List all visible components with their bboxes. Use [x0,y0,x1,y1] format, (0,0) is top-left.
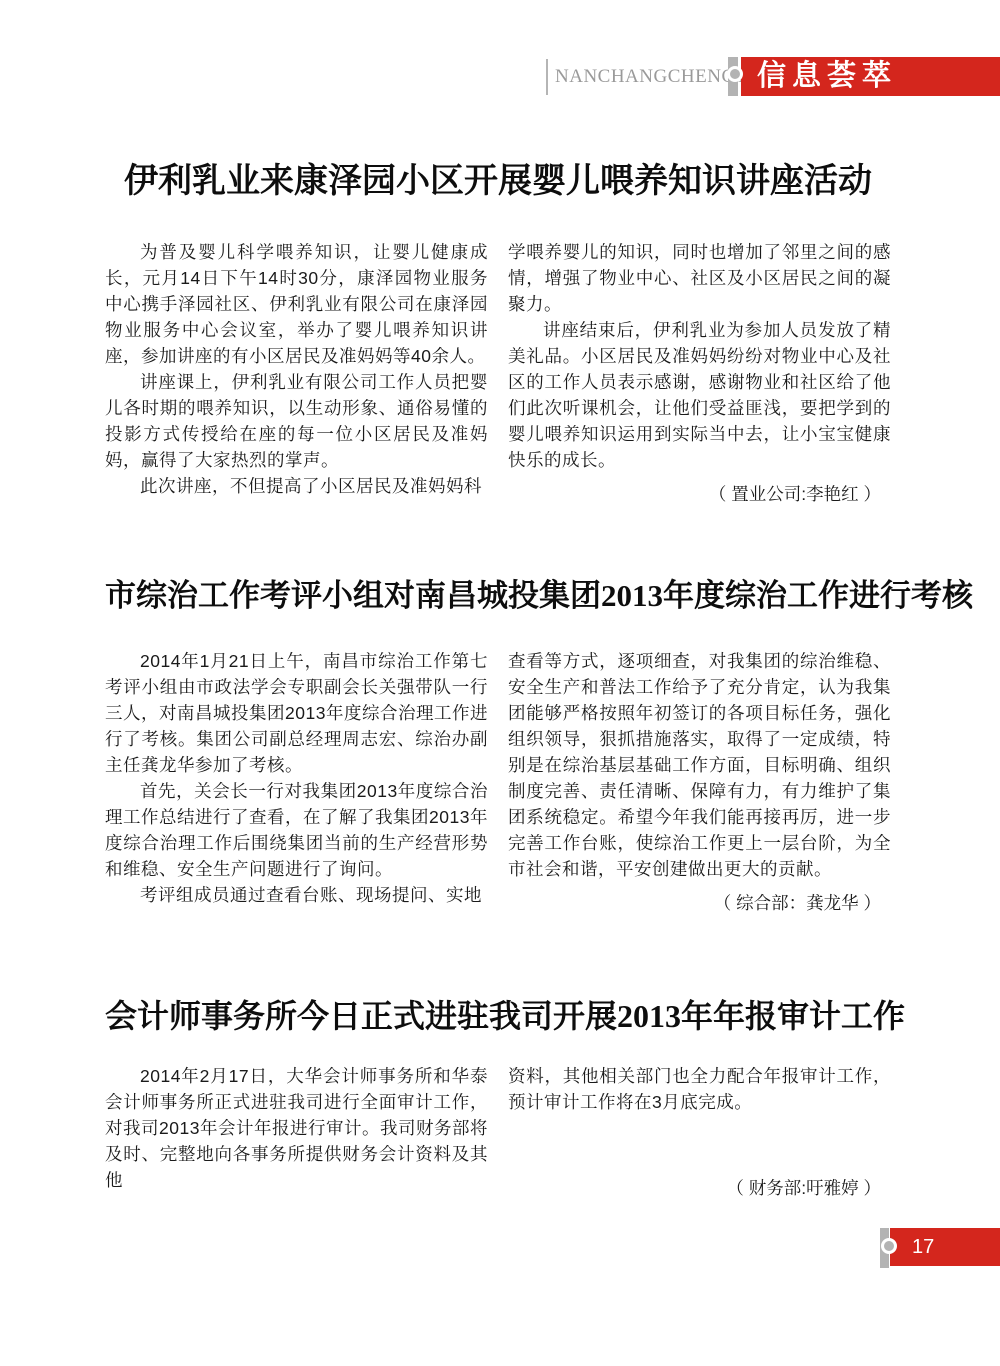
paragraph: 考评组成员通过查看台账、现场提问、实地 [105,882,488,908]
article-byline: （ 置业公司:李艳红 ） [508,481,891,507]
paragraph-continuation: 资料，其他相关部门也全力配合年报审计工作，预计审计工作将在3月底完成。 [508,1063,891,1115]
paragraph: 讲座结束后，伊利乳业为参加人员发放了精美礼品。小区居民及准妈妈纷纷对物业中心及社… [508,317,891,473]
article-byline: （ 财务部:吁雅婷 ） [508,1175,891,1201]
paragraph: 2014年2月17日，大华会计师事务所和华泰会计师事务所正式进驻我司进行全面审计… [105,1063,488,1193]
article-title: 会计师事务所今日正式进驻我司开展2013年年报审计工作 [105,994,891,1039]
header-divider-circle-icon [727,66,743,82]
article-column-right: 资料，其他相关部门也全力配合年报审计工作，预计审计工作将在3月底完成。 （ 财务… [508,1063,891,1201]
article-ili-lecture: 伊利乳业来康泽园小区开展婴儿喂养知识讲座活动 为普及婴儿科学喂养知识，让婴儿健康… [105,158,891,507]
paragraph: 为普及婴儿科学喂养知识，让婴儿健康成长，元月14日下午14时30分，康泽园物业服… [105,239,488,369]
paragraph: 首先，关会长一行对我集团2013年度综合治理工作总结进行了查看，在了解了我集团2… [105,778,488,882]
article-columns: 为普及婴儿科学喂养知识，让婴儿健康成长，元月14日下午14时30分，康泽园物业服… [105,239,891,507]
paragraph: 此次讲座，不但提高了小区居民及准妈妈科 [105,473,488,499]
article-title: 伊利乳业来康泽园小区开展婴儿喂养知识讲座活动 [105,158,891,206]
article-columns: 2014年1月21日上午，南昌市综治工作第七考评小组由市政法学会专职副会长关强带… [105,648,891,916]
article-column-left: 为普及婴儿科学喂养知识，让婴儿健康成长，元月14日下午14时30分，康泽园物业服… [105,239,488,507]
article-audit-start: 会计师事务所今日正式进驻我司开展2013年年报审计工作 2014年2月17日，大… [105,994,891,1201]
article-zongzhi-assessment: 市综治工作考评小组对南昌城投集团2013年度综治工作进行考核 2014年1月21… [105,574,891,916]
article-byline: （ 综合部：龚龙华 ） [508,890,891,916]
article-columns: 2014年2月17日，大华会计师事务所和华泰会计师事务所正式进驻我司进行全面审计… [105,1063,891,1201]
article-column-left: 2014年1月21日上午，南昌市综治工作第七考评小组由市政法学会专职副会长关强带… [105,648,488,916]
article-column-left: 2014年2月17日，大华会计师事务所和华泰会计师事务所正式进驻我司进行全面审计… [105,1063,488,1201]
paragraph-continuation: 查看等方式，逐项细查，对我集团的综治维稳、安全生产和普法工作给予了充分肯定，认为… [508,648,891,882]
paragraph: 2014年1月21日上午，南昌市综治工作第七考评小组由市政法学会专职副会长关强带… [105,648,488,778]
footer-divider-circle-icon [881,1238,897,1254]
section-banner: 信息荟萃 [741,57,1000,96]
article-column-right: 学喂养婴儿的知识，同时也增加了邻里之间的感情，增强了物业中心、社区及小区居民之间… [508,239,891,507]
page-number: 17 [890,1228,1000,1266]
paragraph: 讲座课上，伊利乳业有限公司工作人员把婴儿各时期的喂养知识，以生动形象、通俗易懂的… [105,369,488,473]
paragraph-continuation: 学喂养婴儿的知识，同时也增加了邻里之间的感情，增强了物业中心、社区及小区居民之间… [508,239,891,317]
article-title: 市综治工作考评小组对南昌城投集团2013年度综治工作进行考核 [105,574,891,617]
article-column-right: 查看等方式，逐项细查，对我集团的综治维稳、安全生产和普法工作给予了充分肯定，认为… [508,648,891,916]
page-header: NANCHANGCHENGTOU 信息荟萃 [0,57,1000,96]
